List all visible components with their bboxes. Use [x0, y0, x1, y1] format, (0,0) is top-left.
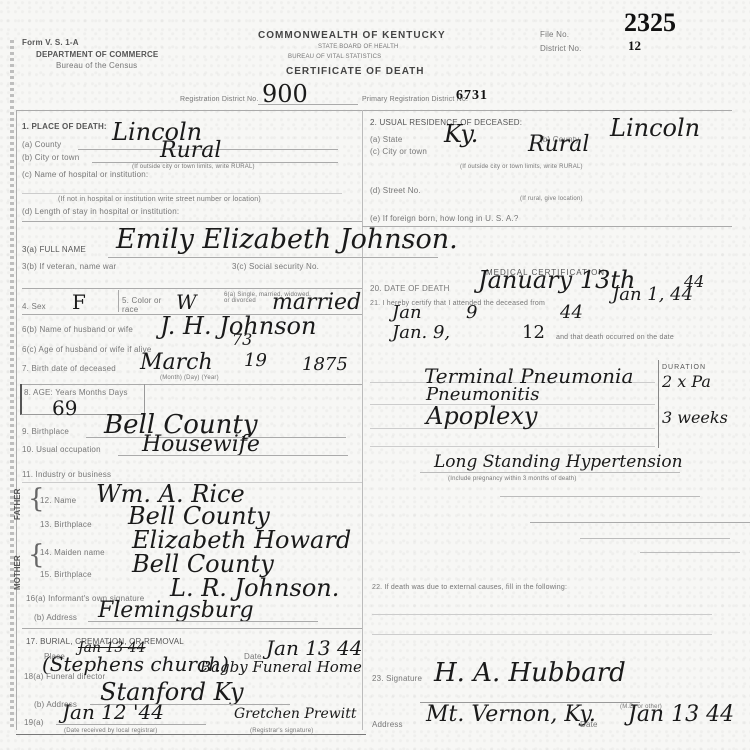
physician-address-label: Address: [372, 720, 403, 729]
occupation-label: 10. Usual occupation: [22, 445, 101, 454]
date-of-death-label: 20. DATE OF DEATH: [370, 284, 450, 293]
file-number: 2325: [624, 8, 676, 38]
bureau: Bureau of the Census: [56, 61, 137, 70]
hospital-label: (c) Name of hospital or institution:: [22, 170, 148, 179]
other-condition-note: (Include pregnancy within 3 months of de…: [448, 476, 577, 482]
last-seen-date: Jan. 9,: [392, 322, 450, 343]
physician-address: Mt. Vernon, Ky.: [426, 702, 596, 727]
death-city: Rural: [160, 138, 221, 163]
state-title: COMMONWEALTH OF KENTUCKY: [258, 30, 446, 41]
full-name: Emily Elizabeth Johnson.: [116, 224, 458, 255]
informant-address: Flemingsburg: [98, 598, 254, 623]
father-name-label: 12. Name: [40, 496, 76, 505]
stay-label: (d) Length of stay in hospital or instit…: [22, 207, 179, 216]
file-no-label: File No.: [540, 30, 569, 39]
place-of-death-label: 1. PLACE OF DEATH:: [22, 122, 107, 131]
color: W: [176, 290, 197, 314]
signature-label: 23. Signature: [372, 674, 422, 683]
res-city-note: (If outside city or town limits, write R…: [460, 164, 583, 170]
bureau-vital: BUREAU OF VITAL STATISTICS: [288, 54, 381, 60]
certificate-title: CERTIFICATE OF DEATH: [286, 66, 425, 77]
foreign-label: (e) If foreign born, how long in U. S. A…: [370, 214, 518, 223]
res-street-note: (If rural, give location): [520, 196, 583, 202]
res-state-label: (a) State: [370, 135, 402, 144]
last-seen-hour: 12: [522, 322, 545, 343]
registrar-signature: Gretchen Prewitt: [234, 706, 357, 722]
filed-date: Jan 12 '44: [62, 700, 164, 724]
district-number: 12: [628, 38, 641, 54]
birth-sub: (Month) (Day) (Year): [160, 375, 219, 381]
attended-to-year: 44: [560, 302, 583, 323]
informant-address-label: (b) Address: [34, 613, 77, 622]
cause-3-duration: 3 weeks: [662, 408, 728, 427]
res-street-label: (d) Street No.: [370, 186, 421, 195]
attended-to-day: 9: [466, 302, 477, 323]
physician-signature: H. A. Hubbard: [434, 658, 626, 688]
binding-margin: [10, 40, 14, 730]
birth-year: 1875: [302, 354, 348, 375]
hospital-note: (If not in hospital or institution write…: [58, 196, 261, 203]
full-name-label: 3(a) FULL NAME: [22, 245, 86, 254]
res-state: Ky.: [444, 120, 478, 148]
registration-label: Registration District No.: [180, 96, 259, 103]
primary-reg-label: Primary Registration District No.: [362, 96, 468, 103]
res-city-label: (c) City or town: [370, 147, 427, 156]
external-causes-label: 22. If death was due to external causes,…: [372, 584, 567, 591]
district-no-label: District No.: [540, 44, 582, 53]
father-side-label: FATHER: [13, 489, 22, 520]
county-label: (a) County: [22, 140, 61, 149]
industry-label: 11. Industry or business: [22, 470, 111, 479]
mother-name-label: 14. Maiden name: [40, 548, 105, 557]
cause-1-duration: 2 x Pa: [662, 372, 711, 391]
funeral-home: Bagby Funeral Home: [200, 658, 362, 676]
res-city: Rural: [528, 132, 589, 157]
attended-to-month: Jan: [392, 302, 422, 323]
birth-day: 19: [244, 350, 267, 371]
city-note: (If outside city or town limits, write R…: [132, 164, 255, 170]
attended-from: Jan 1, 44: [612, 284, 693, 305]
birth-month: March: [140, 350, 213, 375]
burial-date: Jan 13 44: [266, 636, 362, 660]
spouse-age: 73: [232, 330, 252, 349]
signed-date: Jan 13 44: [628, 702, 734, 727]
sex: F: [72, 290, 86, 314]
mother-birthplace-label: 15. Birthplace: [40, 570, 92, 579]
res-county: Lincoln: [610, 114, 700, 142]
cause-3: Apoplexy: [426, 402, 537, 430]
death-occurred-label: and that death occurred on the date: [556, 334, 674, 341]
age-years: 69: [52, 396, 77, 420]
department: DEPARTMENT OF COMMERCE: [36, 50, 158, 59]
birthplace-label: 9. Birthplace: [22, 427, 69, 436]
father-birthplace-label: 13. Birthplace: [40, 520, 92, 529]
sex-label: 4. Sex: [22, 302, 46, 311]
signed-date-label: Date: [580, 720, 598, 729]
city-label: (b) City or town: [22, 153, 79, 162]
mother-side-label: MOTHER: [13, 555, 22, 590]
primary-reg-number: 6731: [456, 88, 488, 104]
board: STATE BOARD OF HEALTH: [318, 44, 399, 50]
spouse-age-label: 6(c) Age of husband or wife if alive: [22, 345, 152, 354]
death-certificate: Form V. S. 1-A DEPARTMENT OF COMMERCE Bu…: [0, 0, 750, 750]
ss-label: 3(c) Social security No.: [232, 262, 319, 271]
veteran-label: 3(b) If veteran, name war: [22, 262, 116, 271]
other-condition: Long Standing Hypertension: [434, 452, 683, 472]
duration-label: DURATION: [662, 364, 706, 371]
occupation: Housewife: [142, 432, 260, 457]
spouse-label: 6(b) Name of husband or wife: [22, 325, 133, 334]
form-id: Form V. S. 1-A: [22, 38, 79, 47]
filed-label: 19(a): [24, 718, 44, 727]
birth-label: 7. Birth date of deceased: [22, 364, 116, 373]
